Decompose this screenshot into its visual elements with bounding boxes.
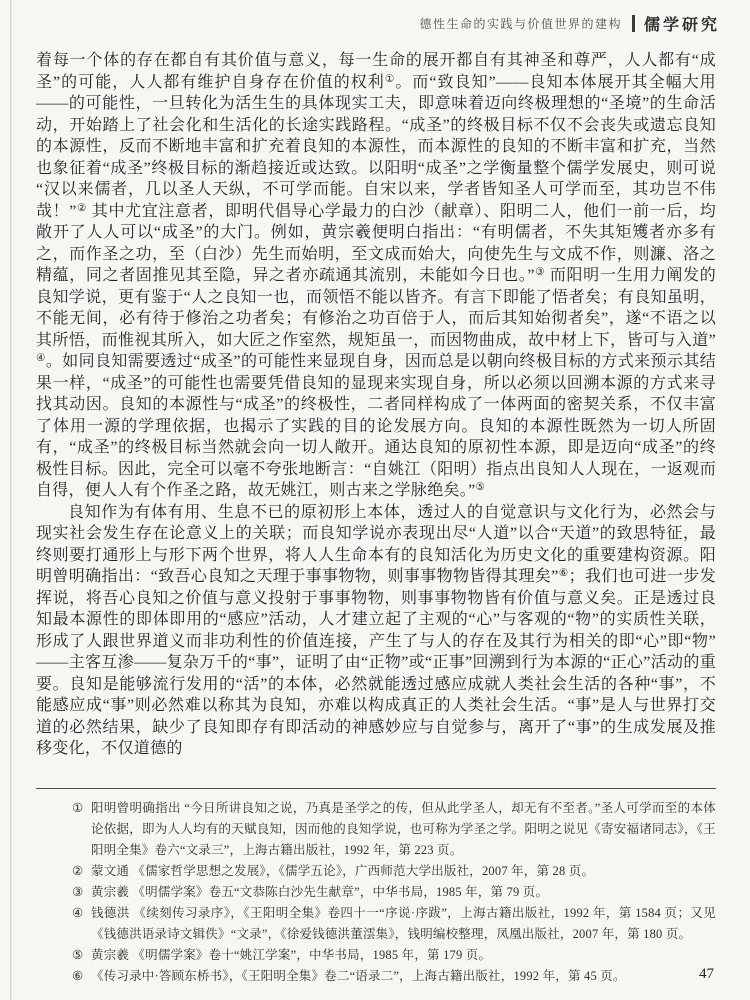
footnote-text: 黄宗羲 《明儒学案》卷十“姚江学案”，中华书局，1985 年，第 179 页。 bbox=[91, 948, 491, 962]
footnote-text: 蒙文通 《儒家哲学思想之发展》，《儒学五论》，广西师范大学出版社，2007 年，… bbox=[91, 864, 594, 878]
footnote-list: ① 阳明曾明确指出 “今日所讲良知之说，乃真是圣学之的传，但从此学圣人，却无有不… bbox=[36, 798, 716, 987]
footnote-separator bbox=[36, 788, 716, 789]
page-left-edge bbox=[10, 0, 12, 1000]
footnote-text: 黄宗羲 《明儒学案》卷五“文恭陈白沙先生献章”，中华书局，1985 年，第 79… bbox=[91, 885, 548, 899]
paragraph-container: 着每一个体的存在都自有其价值与意义，每一生命的展开都自有其神圣和尊严，人人都有“… bbox=[36, 50, 716, 760]
footnote-text: 钱德洪 《续刻传习录序》，《王阳明全集》卷四十一“序说·序跋”，上海古籍出版社，… bbox=[91, 906, 716, 941]
footnote-marker: ④ bbox=[72, 903, 83, 924]
footnote-marker: ⑥ bbox=[72, 966, 83, 987]
footnote-marker: ① bbox=[72, 798, 83, 819]
journal-name: 儒学研究 bbox=[644, 12, 720, 35]
footnote-item: ⑤ 黄宗羲 《明儒学案》卷十“姚江学案”，中华书局，1985 年，第 179 页… bbox=[72, 945, 716, 966]
body-paragraph: 良知作为有体有用、生息不已的原初形上本体，透过人的自觉意识与文化行为，必然会与现… bbox=[36, 502, 716, 760]
running-title: 德性生命的实践与价值世界的建构 bbox=[419, 15, 622, 32]
page-number: 47 bbox=[699, 966, 714, 983]
footnote-item: ⑥ 《传习录中·答顾东桥书》，《王阳明全集》卷二“语录二”，上海古籍出版社，19… bbox=[72, 966, 716, 987]
article-body: 着每一个体的存在都自有其价值与意义，每一生命的展开都自有其神圣和尊严，人人都有“… bbox=[36, 50, 716, 782]
footnote-item: ④ 钱德洪 《续刻传习录序》，《王阳明全集》卷四十一“序说·序跋”，上海古籍出版… bbox=[72, 903, 716, 945]
footnote-item: ③ 黄宗羲 《明儒学案》卷五“文恭陈白沙先生献章”，中华书局，1985 年，第 … bbox=[72, 882, 716, 903]
footnotes-section: ① 阳明曾明确指出 “今日所讲良知之说，乃真是圣学之的传，但从此学圣人，却无有不… bbox=[36, 788, 716, 987]
header-divider-bar bbox=[632, 15, 635, 32]
footnote-marker: ② bbox=[72, 861, 83, 882]
footnote-item: ① 阳明曾明确指出 “今日所讲良知之说，乃真是圣学之的传，但从此学圣人，却无有不… bbox=[72, 798, 716, 861]
page-header: 德性生命的实践与价值世界的建构 儒学研究 bbox=[419, 12, 720, 35]
body-paragraph: 着每一个体的存在都自有其价值与意义，每一生命的展开都自有其神圣和尊严，人人都有“… bbox=[36, 50, 716, 502]
footnote-marker: ③ bbox=[72, 882, 83, 903]
footnote-item: ② 蒙文通 《儒家哲学思想之发展》，《儒学五论》，广西师范大学出版社，2007 … bbox=[72, 861, 716, 882]
footnote-text: 阳明曾明确指出 “今日所讲良知之说，乃真是圣学之的传，但从此学圣人，却无有不至者… bbox=[91, 801, 716, 857]
footnote-marker: ⑤ bbox=[72, 945, 83, 966]
document-page: 德性生命的实践与价值世界的建构 儒学研究 着每一个体的存在都自有其价值与意义，每… bbox=[0, 0, 750, 1000]
footnote-text: 《传习录中·答顾东桥书》，《王阳明全集》卷二“语录二”，上海古籍出版社，1992… bbox=[91, 969, 626, 983]
